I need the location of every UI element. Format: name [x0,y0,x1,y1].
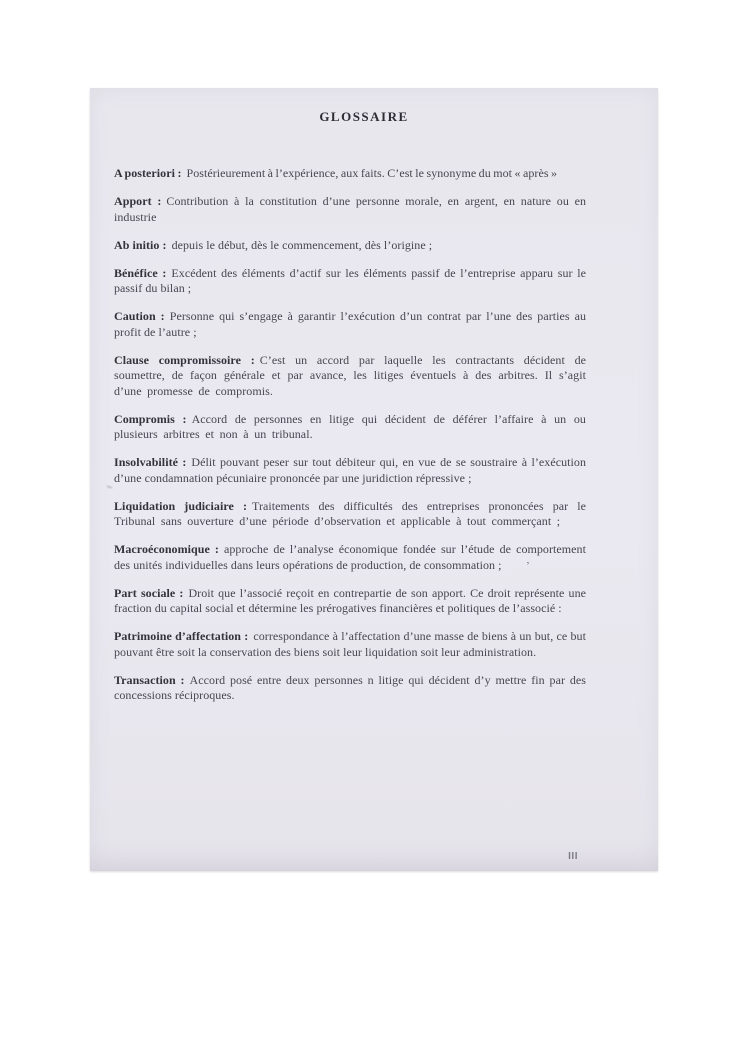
glossary-entry: Patrimoine d’affectation :correspondance… [114,629,586,660]
glossary-term: Part sociale : [114,586,188,600]
glossary-content: GLOSSAIRE A posteriori :Postérieurement … [90,88,658,704]
scan-background: GLOSSAIRE A posteriori :Postérieurement … [0,0,744,1053]
glossary-entry: A posteriori :Postérieurement à l’expéri… [114,166,586,182]
glossary-term: Transaction : [114,673,190,687]
glossary-entry: Macroéconomique :approche de l’analyse é… [114,542,586,573]
glossary-entry: Ab initio :depuis le début, dès le comme… [114,238,586,254]
page-title: GLOSSAIRE [128,109,600,125]
glossary-entry: Apport :Contribution à la constitution d… [114,194,586,225]
glossary-definition: Excédent des éléments d’actif sur les él… [114,266,586,296]
glossary-term: Clause compromissoire : [114,353,260,367]
glossary-term: Apport : [114,194,166,208]
glossary-entry: Part sociale :Droit que l’associé reçoit… [114,586,586,617]
glossary-term: Patrimoine d’affectation : [114,629,253,643]
glossary-definition: depuis le début, dès le commencement, dè… [172,238,433,252]
glossary-term: Macroéconomique : [114,542,224,556]
glossary-entry: Caution :Personne qui s’engage à garanti… [114,309,586,340]
glossary-term: A posteriori : [114,166,187,180]
glossary-definition: Postérieurement à l’expérience, aux fait… [187,166,558,180]
glossary-entry: Clause compromissoire :C’est un accord p… [114,353,586,400]
glossary-definition: Contribution à la constitution d’une per… [114,194,586,224]
glossary-term: Ab initio : [114,238,172,252]
glossary-term: Bénéfice : [114,266,171,280]
glossary-term: Insolvabilité : [114,455,191,469]
glossary-entry: Insolvabilité :Délit pouvant peser sur t… [114,455,586,486]
glossary-term: Liquidation judiciaire : [114,499,252,513]
glossary-definition: Personne qui s’engage à garantir l’exécu… [114,309,586,339]
glossary-term: Caution : [114,309,170,323]
glossary-entry: Compromis :Accord de personnes en litige… [114,412,586,443]
page-number: III [568,851,578,862]
glossary-entry: Liquidation judiciaire :Traitements des … [114,499,586,530]
glossary-entry: Transaction :Accord posé entre deux pers… [114,673,586,704]
document-page: GLOSSAIRE A posteriori :Postérieurement … [90,88,658,871]
glossary-term: Compromis : [114,412,192,426]
glossary-entry: Bénéfice :Excédent des éléments d’actif … [114,266,586,297]
